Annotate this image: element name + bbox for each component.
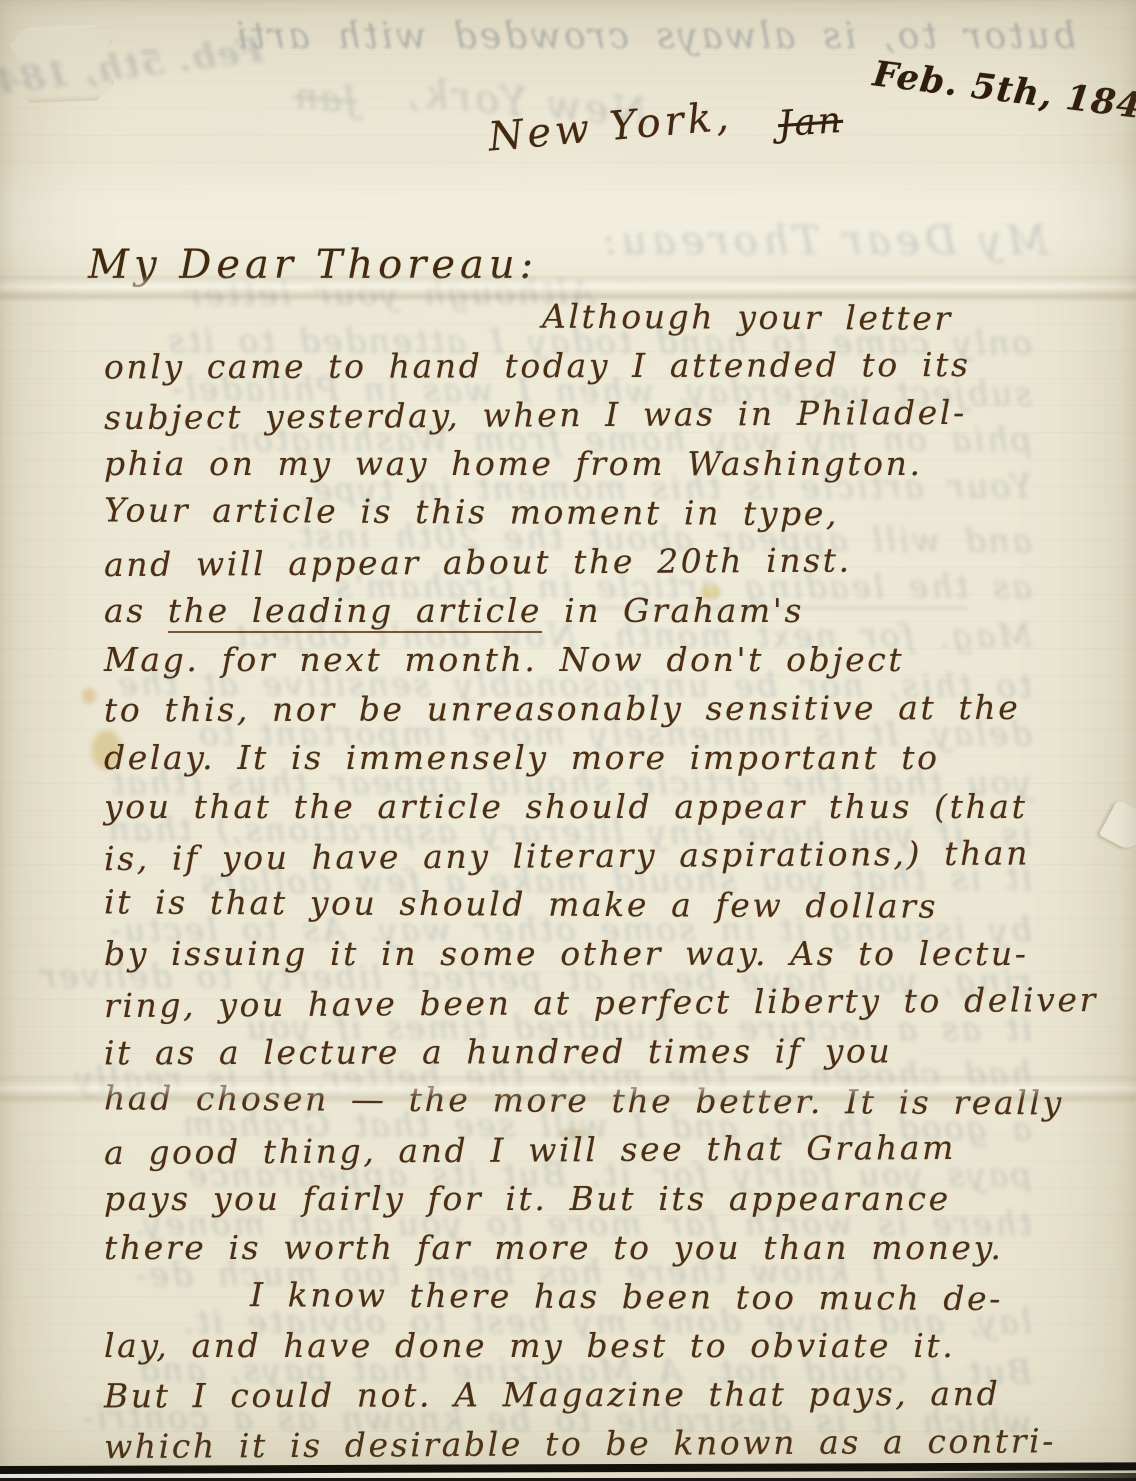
date-line: Feb. 5th, 1847. <box>871 53 1136 131</box>
body-line: But I could not. A Magazine that pays, a… <box>104 1369 1114 1421</box>
body-line: Your article is this moment in type, <box>104 485 1114 539</box>
letter-body: Although your letter only came to hand t… <box>104 292 1114 1468</box>
body-line: by issuing it in some other way. As to l… <box>104 929 1114 978</box>
body-line: a good thing, and I will see that Graham <box>104 1122 1114 1177</box>
body-line: subject yesterday, when I was in Philade… <box>104 387 1114 442</box>
body-line: Mag. for next month. Now don't object <box>104 635 1114 684</box>
underlined-phrase: the leading article <box>168 591 542 633</box>
body-line: is, if you have any literary aspirations… <box>104 828 1114 883</box>
body-line: phia on my way home from Washington. <box>104 439 1114 488</box>
body-line: as the leading article in Graham's <box>104 586 1114 635</box>
body-line: to this, nor be unreasonably sensitive a… <box>104 683 1114 735</box>
body-line: Although your letter <box>104 289 1114 343</box>
salutation: My Dear Thoreau: <box>88 242 538 288</box>
body-line: it as a lecture a hundred times if you <box>104 1026 1114 1078</box>
body-line: only came to hand today I attended to it… <box>104 340 1114 392</box>
body-line: you that the article should appear thus … <box>104 782 1114 831</box>
body-line: there is worth far more to you than mone… <box>104 1223 1114 1272</box>
body-line: had chosen — the more the better. It is … <box>104 1073 1114 1127</box>
letter-page-scan: butor to, is always crowded with arti Ne… <box>0 0 1136 1481</box>
body-line: delay. It is immensely more important to <box>104 733 1114 782</box>
letter: New York, Jan Feb. 5th, 1847. My Dear Th… <box>0 0 1136 1481</box>
cancelled-month: Jan <box>777 100 845 145</box>
body-line-text: in Graham's <box>542 591 804 630</box>
body-line: lay, and have done my best to obviate it… <box>104 1321 1114 1370</box>
body-line: I know there has been too much de- <box>104 1269 1114 1323</box>
body-line: and will appear about the 20th inst. <box>104 534 1114 589</box>
body-line-text: as <box>104 591 168 630</box>
body-line: pays you fairly for it. But its appearan… <box>104 1174 1114 1223</box>
body-line: it is that you should make a few dollars <box>104 877 1114 931</box>
body-line: ring, you have been at perfect liberty t… <box>104 975 1114 1030</box>
place-line: New York, <box>486 93 734 160</box>
